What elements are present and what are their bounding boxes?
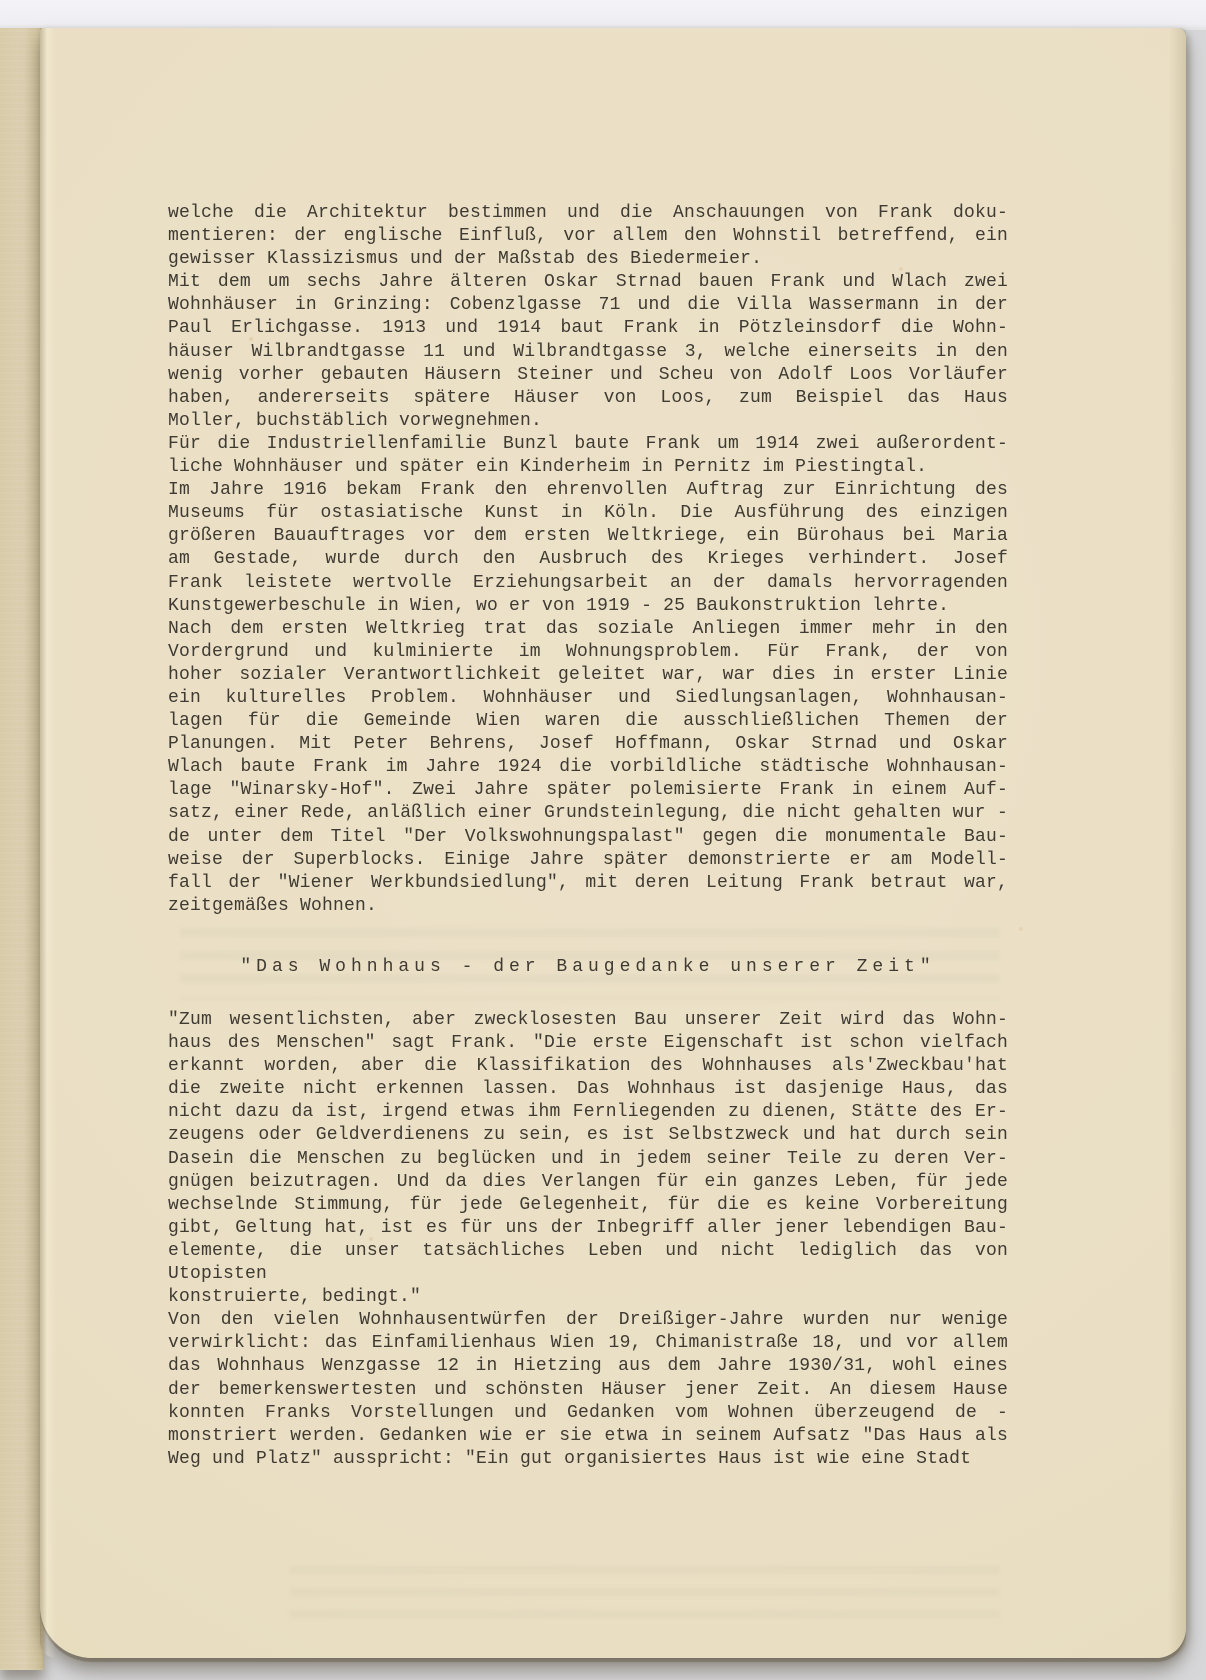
text-line: satz, einer Rede, anläßlich einer Grunds… (168, 802, 1008, 825)
text-line: hoher sozialer Verantwortlichkeit geleit… (168, 664, 1008, 687)
text-line: wenig vorher gebauten Häusern Steiner un… (168, 364, 1008, 387)
text-line: lage "Winarsky-Hof". Zwei Jahre später p… (168, 779, 1008, 802)
text-line: lagen für die Gemeinde Wien waren die au… (168, 710, 1008, 733)
paper-speckles (40, 28, 42, 30)
text-line: weise der Superblocks. Einige Jahre spät… (168, 849, 1008, 872)
text-line: Vordergrund und kulminierte im Wohnungsp… (168, 641, 1008, 664)
paragraph-block-2: "Zum wesentlichsten, aber zwecklosesten … (168, 1009, 1008, 1471)
text-line: am Gestade, wurde durch den Ausbruch des… (168, 548, 1008, 571)
text-line: haus des Menschen" sagt Frank. "Die erst… (168, 1032, 1008, 1055)
text-line: häuser Wilbrandtgasse 11 und Wilbrandtga… (168, 341, 1008, 364)
text-line: Dasein die Menschen zu beglücken und in … (168, 1148, 1008, 1171)
text-line: Frank leistete wertvolle Erziehungsarbei… (168, 572, 1008, 595)
text-line: Für die Industriellenfamilie Bunzl baute… (168, 433, 1008, 456)
text-line: "Zum wesentlichsten, aber zwecklosesten … (168, 1009, 1008, 1032)
text-line: Moller, buchstäblich vorwegnehmen. (168, 410, 1008, 433)
text-line: Von den vielen Wohnhausentwürfen der Dre… (168, 1309, 1008, 1332)
text-line: gewisser Klassizismus und der Maßstab de… (168, 248, 1008, 271)
text-line: konstruierte, bedingt." (168, 1286, 1008, 1309)
text-line: nicht dazu da ist, irgend etwas ihm Fern… (168, 1101, 1008, 1124)
text-line: haben, andererseits spätere Häuser von L… (168, 387, 1008, 410)
text-line: wechselnde Stimmung, für jede Gelegenhei… (168, 1194, 1008, 1217)
text-line: Nach dem ersten Weltkrieg trat das sozia… (168, 618, 1008, 641)
text-line: Kunstgewerbeschule in Wien, wo er von 19… (168, 595, 1008, 618)
text-line: Weg und Platz" ausspricht: "Ein gut orga… (168, 1448, 1008, 1471)
text-line: verwirklicht: das Einfamilienhaus Wien 1… (168, 1332, 1008, 1355)
text-line: größeren Bauauftrages vor dem ersten Wel… (168, 525, 1008, 548)
paragraph-block-1: welche die Architektur bestimmen und die… (168, 202, 1008, 918)
text-line: das Wohnhaus Wenzgasse 12 in Hietzing au… (168, 1355, 1008, 1378)
text-line: Planungen. Mit Peter Behrens, Josef Hoff… (168, 733, 1008, 756)
section-heading: "Das Wohnhaus - der Baugedanke unserer Z… (168, 956, 1008, 979)
adjacent-page-edge (0, 28, 44, 1670)
text-line: der bemerkenswertesten und schönsten Häu… (168, 1379, 1008, 1402)
text-line: Paul Erlichgasse. 1913 und 1914 baut Fra… (168, 317, 1008, 340)
text-line: fall der "Wiener Werkbundsiedlung", mit … (168, 872, 1008, 895)
text-line: Museums für ostasiatische Kunst in Köln.… (168, 502, 1008, 525)
page-text: welche die Architektur bestimmen und die… (168, 202, 1008, 1471)
text-line: liche Wohnhäuser und später ein Kinderhe… (168, 456, 1008, 479)
bleed-through-smudge (290, 1566, 1000, 1632)
text-line: gibt, Geltung hat, ist es für uns der In… (168, 1217, 1008, 1240)
text-line: elemente, die unser tatsächliches Leben … (168, 1240, 1008, 1286)
text-line: zeugens oder Geldverdienens zu sein, es … (168, 1124, 1008, 1147)
text-line: mentieren: der englische Einfluß, vor al… (168, 225, 1008, 248)
scanner-background-top (0, 0, 1206, 30)
text-line: Mit dem um sechs Jahre älteren Oskar Str… (168, 271, 1008, 294)
text-line: Wohnhäuser in Grinzing: Cobenzlgasse 71 … (168, 294, 1008, 317)
text-line: konnten Franks Vorstellungen und Gedanke… (168, 1402, 1008, 1425)
text-line: die zweite nicht erkennen lassen. Das Wo… (168, 1078, 1008, 1101)
text-line: zeitgemäßes Wohnen. (168, 895, 1008, 918)
text-line: monstriert werden. Gedanken wie er sie e… (168, 1425, 1008, 1448)
document-page: welche die Architektur bestimmen und die… (40, 28, 1186, 1658)
text-line: ein kulturelles Problem. Wohnhäuser und … (168, 687, 1008, 710)
text-line: gnügen beizutragen. Und da dies Verlange… (168, 1171, 1008, 1194)
text-line: de unter dem Titel "Der Volkswohnungspal… (168, 826, 1008, 849)
text-line: erkannt worden, aber die Klassifikation … (168, 1055, 1008, 1078)
text-line: Wlach baute Frank im Jahre 1924 die vorb… (168, 756, 1008, 779)
text-line: welche die Architektur bestimmen und die… (168, 202, 1008, 225)
scanned-book-spread: { "colors": { "paper": "#eadfc4", "ink":… (0, 0, 1206, 1680)
text-line: Im Jahre 1916 bekam Frank den ehrenvolle… (168, 479, 1008, 502)
